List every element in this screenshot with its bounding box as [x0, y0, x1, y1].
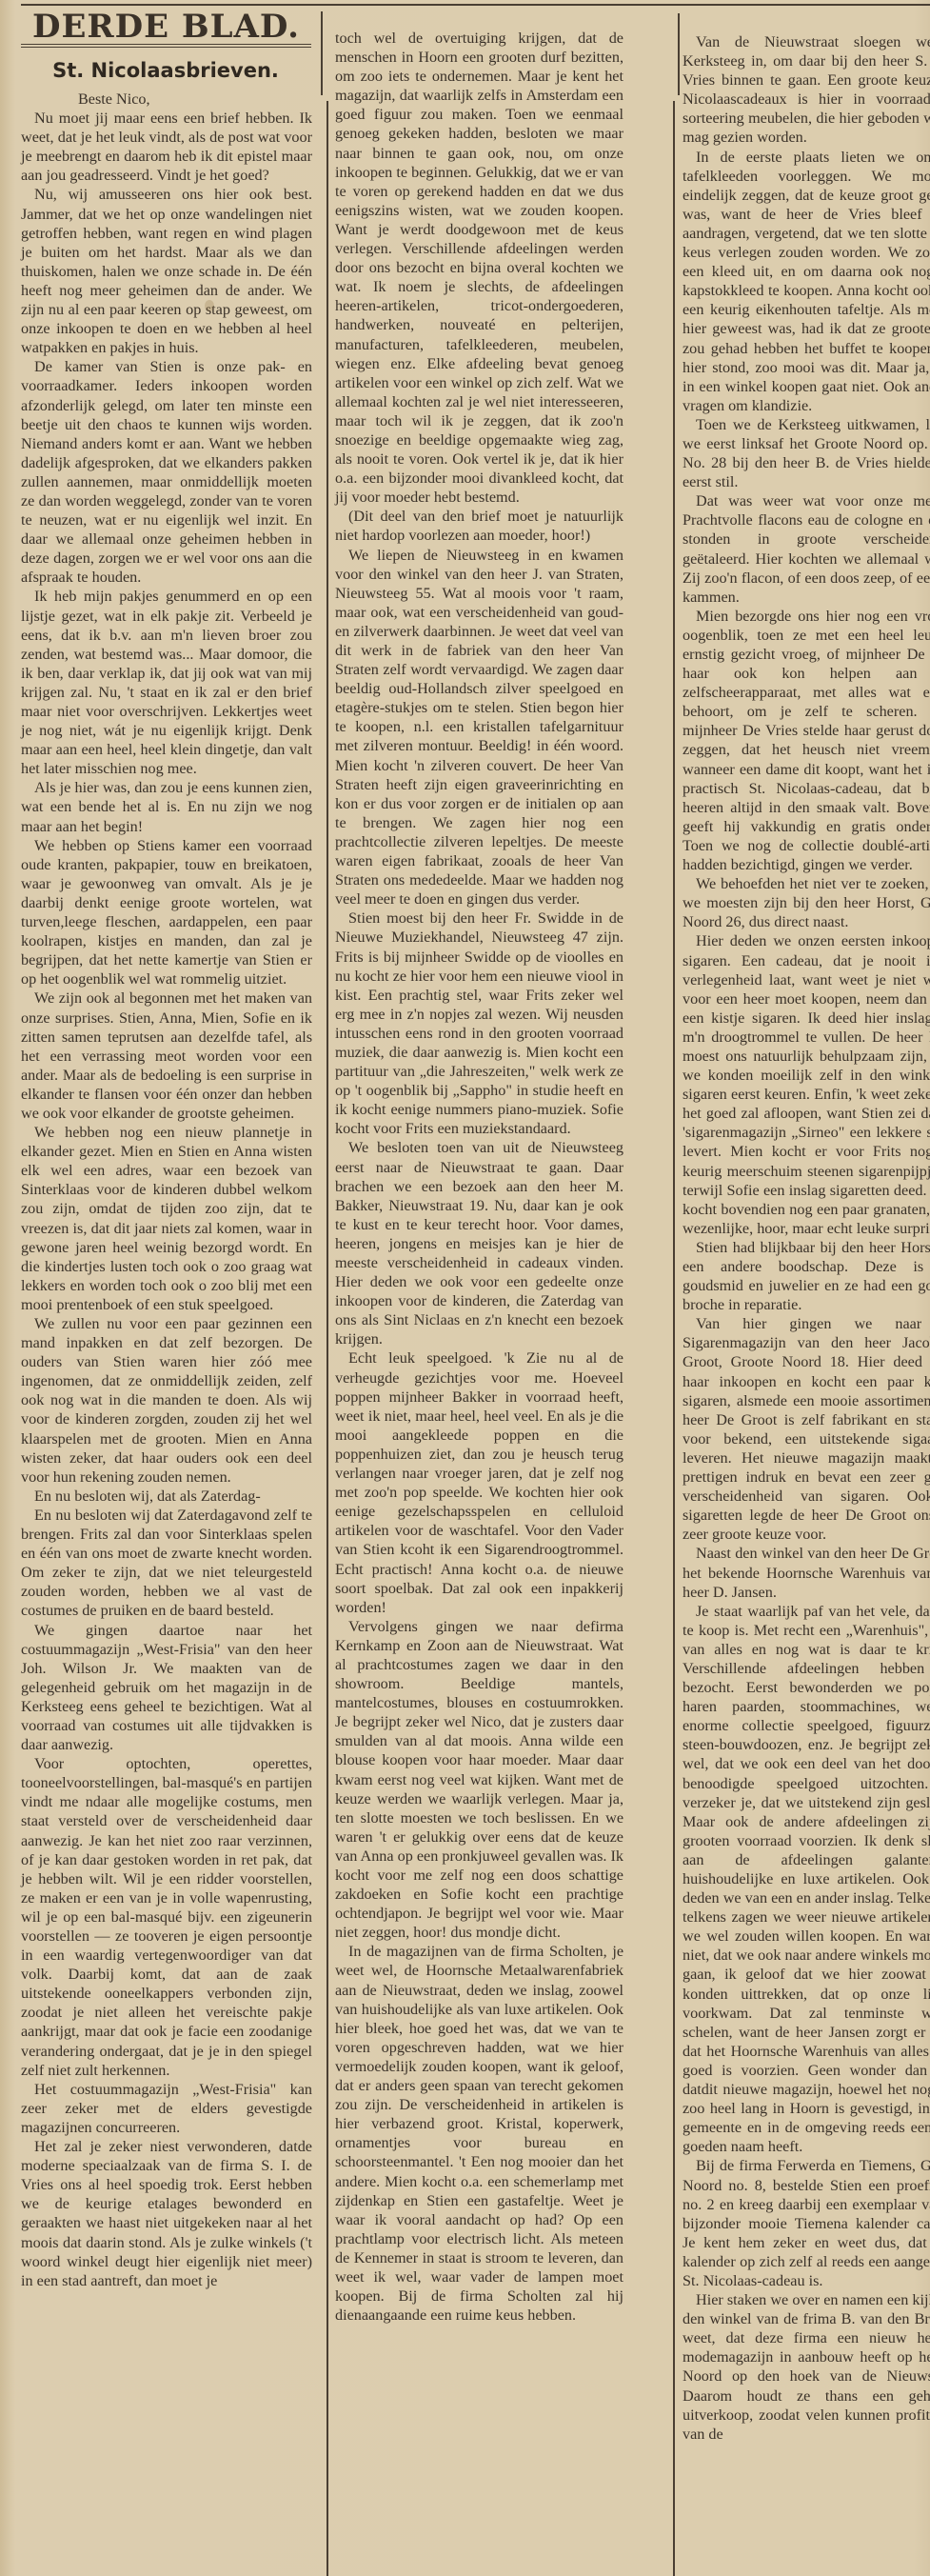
- paragraph: Hier staken we over en namen een kijkje …: [683, 2290, 930, 2444]
- newspaper-page: DERDE BLAD. St. Nicolaasbrieven. Beste N…: [0, 0, 930, 2576]
- paragraph: Je staat waarlijk paf van het vele, dat …: [683, 1602, 930, 2157]
- paragraph: Het zal je zeker niest verwonderen, datd…: [21, 2137, 312, 2290]
- paragraph: Stien moest bij den heer Fr. Swidde in d…: [335, 909, 623, 1138]
- paragraph: Nu, wij amusseeren ons hier ook best. Ja…: [21, 185, 312, 357]
- paragraph: toch wel de overtuiging krijgen, dat de …: [335, 29, 623, 507]
- paragraph: We hebben nog een nieuw plannetje in elk…: [21, 1123, 312, 1314]
- paragraph: Dat was weer wat voor onze meisjes. Prac…: [683, 491, 930, 607]
- paragraph: Bij de firma Ferwerda en Tiemens, Groote…: [683, 2156, 930, 2290]
- paragraph: In de magazijnen van de firma Scholten, …: [335, 1942, 623, 2325]
- paragraph: We besloten toen van uit de Nieuwsteeg e…: [335, 1138, 623, 1348]
- paragraph: Het costuummagazijn „West-Frisia" kan ze…: [21, 2080, 312, 2137]
- paragraph: Naast den winkel van den heer De Groot i…: [683, 1544, 930, 1601]
- column-divider-2a: [678, 13, 680, 95]
- paragraph: De kamer van Stien is onze pak- en voorr…: [21, 357, 312, 587]
- column-divider-2b: [673, 101, 675, 2576]
- paragraph: We zullen nu voor een paar gezinnen een …: [21, 1314, 312, 1487]
- masthead-top-rule: [21, 4, 930, 6]
- paragraph: Als je hier was, dan zou je eens kunnen …: [21, 778, 312, 835]
- paragraph: Toen we de Kerksteeg uitkwamen, liepen w…: [683, 415, 930, 491]
- paragraph: Stien had blijkbaar bij den heer Horst n…: [683, 1238, 930, 1314]
- paragraph: Mien bezorgde ons hier nog een vroolijk …: [683, 607, 930, 874]
- column-divider-1a: [321, 11, 323, 95]
- column-divider-1b: [326, 101, 328, 2576]
- article-column-2: toch wel de overtuiging krijgen, dat de …: [335, 29, 623, 2325]
- paragraph: En nu besloten wij, dat als Zaterdag-: [21, 1487, 312, 1506]
- paragraph: Echt leuk speelgoed. 'k Zie nu al de ver…: [335, 1348, 623, 1616]
- paragraph: We hebben op Stiens kamer een voorraad o…: [21, 836, 312, 989]
- paragraph: Voor optochten, operettes, tooneelvoorst…: [21, 1754, 312, 2080]
- paragraph: Nu moet jij maar eens een brief hebben. …: [21, 109, 312, 185]
- masthead-bottom-rule: [21, 44, 311, 45]
- paragraph: We liepen de Nieuwsteeg in en kwamen voo…: [335, 546, 623, 909]
- paragraph: Ik heb mijn pakjes genummerd en op een l…: [21, 587, 312, 778]
- paragraph: We zijn ook al begonnen met het maken va…: [21, 988, 312, 1123]
- paragraph: In de eerste plaats lieten we ons de taf…: [683, 148, 930, 415]
- paragraph: We gingen daartoe naar het costuummagazi…: [21, 1621, 312, 1755]
- paragraph: En nu besloten wij dat Zaterdagavond zel…: [21, 1506, 312, 1621]
- masthead-title: DERDE BLAD.: [21, 8, 311, 46]
- paragraph: We behoefden het niet ver te zoeken, wan…: [683, 874, 930, 931]
- paragraph: Vervolgens gingen we naar defirma Kernka…: [335, 1617, 623, 1943]
- article-column-1: Beste Nico, Nu moet jij maar eens een br…: [21, 90, 312, 2290]
- paragraph: Van hier gingen we naar het Sigarenmagaz…: [683, 1314, 930, 1544]
- paragraph: Van de Nieuwstraat sloegen we de Kerkste…: [683, 32, 930, 148]
- paragraph: (Dit deel van den brief moet je natuurli…: [335, 507, 623, 545]
- masthead-bottom-rule-2: [21, 47, 311, 48]
- salutation: Beste Nico,: [21, 90, 312, 109]
- paper-stain: [205, 300, 214, 311]
- article-column-3: Van de Nieuwstraat sloegen we de Kerkste…: [683, 32, 930, 2444]
- paragraph: Hier deden we onzen eersten inkoop van s…: [683, 931, 930, 1238]
- article-headline: St. Nicolaasbrieven.: [17, 59, 314, 82]
